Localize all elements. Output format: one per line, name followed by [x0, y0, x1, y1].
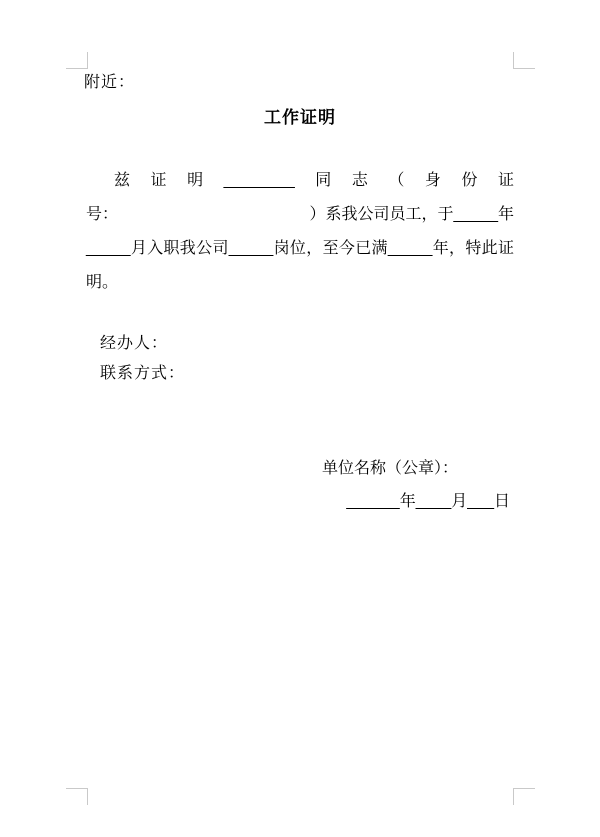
line1-token: 份	[461, 164, 477, 198]
line1-token: 身	[425, 164, 441, 198]
paragraph-line-3: _____月入职我公司_____岗位，至今已满_____年，特此证	[86, 232, 514, 266]
id-number-label: 号：	[86, 198, 118, 232]
line1-token: 证	[151, 164, 167, 198]
line1-token: 明	[187, 164, 203, 198]
margin-mark-top-right-icon	[513, 52, 535, 69]
document-page: 附近： 工作证明 兹 证 明 ________ 同 志 （ 身 份 证 号： ）…	[0, 0, 600, 837]
line1-token: （	[388, 164, 404, 198]
margin-mark-top-left-icon	[66, 52, 88, 69]
document-title: 工作证明	[86, 103, 514, 128]
margin-mark-bottom-right-icon	[513, 788, 535, 805]
name-blank-line: ________	[224, 164, 295, 198]
signature-date-line: ______年____月___日	[86, 492, 510, 512]
contact-label: 联系方式：	[100, 364, 185, 384]
header-note: 附近：	[84, 73, 135, 93]
handler-label: 经办人：	[100, 334, 168, 354]
certificate-paragraph: 兹 证 明 ________ 同 志 （ 身 份 证 号： ）系我公司员工，于_…	[86, 164, 514, 300]
unit-name-seal-label: 单位名称（公章）：	[322, 459, 458, 479]
line1-token: 兹	[114, 164, 130, 198]
line1-token: 志	[352, 164, 368, 198]
paragraph-line-4: 明。	[86, 266, 514, 300]
paragraph-line-2: 号： ）系我公司员工，于_____年	[86, 198, 514, 232]
line2-right-text: ）系我公司员工，于_____年	[310, 198, 515, 232]
paragraph-line-1: 兹 证 明 ________ 同 志 （ 身 份 证	[86, 164, 514, 198]
line1-token: 同	[315, 164, 331, 198]
line1-token: 证	[498, 164, 514, 198]
margin-mark-bottom-left-icon	[66, 788, 88, 805]
